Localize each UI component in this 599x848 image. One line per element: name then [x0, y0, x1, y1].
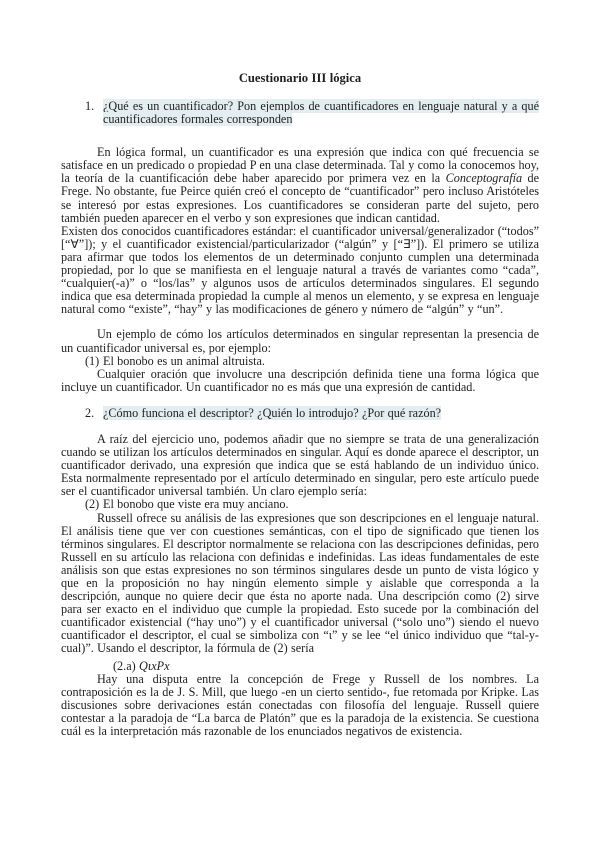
example-1-label: (1)	[85, 355, 103, 368]
italic-term-conceptografia: Conceptografía	[446, 171, 523, 185]
answer-2-paragraph-1: A raíz del ejercicio uno, podemos añadir…	[61, 433, 539, 498]
question-2-text: ¿Cómo funciona el descriptor? ¿Quién lo …	[103, 407, 539, 420]
question-1: 1. ¿Qué es un cuantificador? Pon ejemplo…	[85, 100, 539, 126]
example-1-text: El bonobo es un animal altruista.	[103, 355, 539, 368]
question-2-number: 2.	[85, 407, 103, 420]
question-2: 2. ¿Cómo funciona el descriptor? ¿Quién …	[85, 407, 539, 420]
example-2: (2) El bonobo que viste era muy anciano.	[85, 498, 539, 511]
question-1-text: ¿Qué es un cuantificador? Pon ejemplos d…	[103, 100, 539, 126]
question-1-number: 1.	[85, 100, 103, 126]
answer-1-paragraph-3: Un ejemplo de cómo los artículos determi…	[61, 328, 539, 354]
document-title: Cuestionario III lógica	[61, 72, 539, 85]
example-2-label: (2)	[85, 498, 103, 511]
answer-1-paragraph-2: Existen dos conocidos cuantificadores es…	[61, 225, 539, 317]
formula-2a-label: (2.a)	[113, 659, 136, 673]
answer-1-paragraph-4: Cualquier oración que involucre una desc…	[61, 368, 539, 394]
document-content: Cuestionario III lógica 1. ¿Qué es un cu…	[61, 72, 539, 738]
question-1-highlight: ¿Qué es un cuantificador? Pon ejemplos d…	[103, 99, 539, 126]
example-1: (1) El bonobo es un animal altruista.	[85, 355, 539, 368]
formula-2a-expression: QιxPx	[139, 659, 169, 673]
question-2-highlight: ¿Cómo funciona el descriptor? ¿Quién lo …	[103, 406, 441, 420]
answer-1-paragraph-1: En lógica formal, un cuantificador es un…	[61, 146, 539, 225]
answer-2-paragraph-3: Hay una disputa entre la concepción de F…	[61, 673, 539, 738]
answer-2-paragraph-2: Russell ofrece su análisis de las expres…	[61, 512, 539, 656]
formula-2a: (2.a) QιxPx	[113, 660, 539, 673]
document-page: Cuestionario III lógica 1. ¿Qué es un cu…	[0, 0, 599, 848]
example-2-text: El bonobo que viste era muy anciano.	[103, 498, 539, 511]
